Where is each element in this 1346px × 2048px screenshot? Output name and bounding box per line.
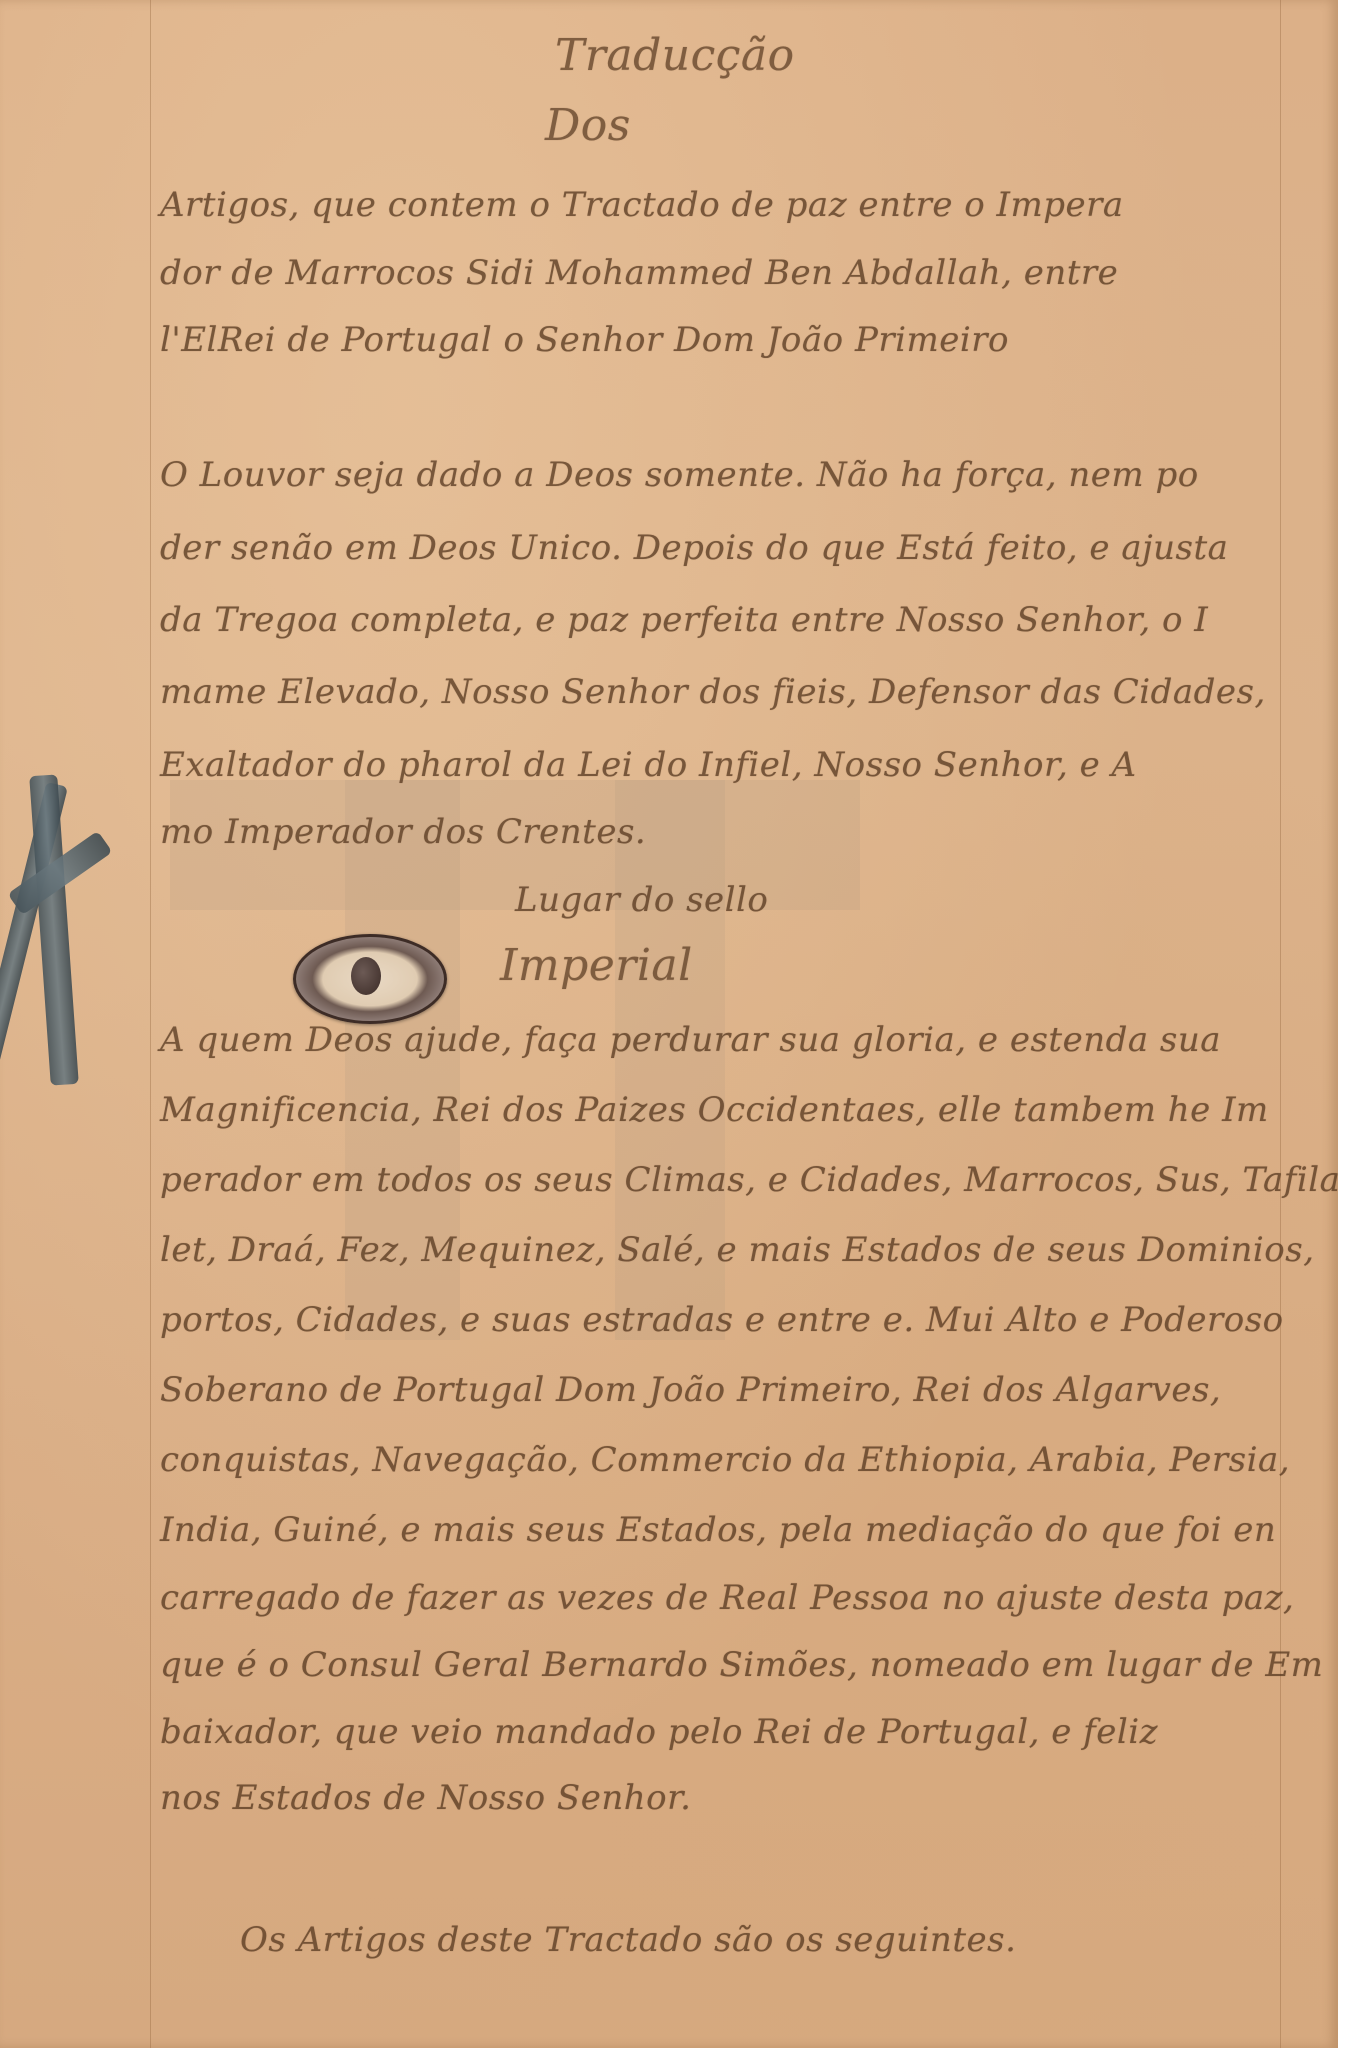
ribbon-strand-2 bbox=[29, 774, 79, 1085]
intro-line: dor de Marrocos Sidi Mohammed Ben Abdall… bbox=[160, 253, 1118, 293]
paragraph-2-line: India, Guiné, e mais seus Estados, pela … bbox=[160, 1510, 1276, 1550]
left-margin-rule bbox=[150, 0, 151, 2048]
paragraph-2-line: baixador, que veio mandado pelo Rei de P… bbox=[160, 1712, 1158, 1752]
paragraph-2-line: Magnificencia, Rei dos Paizes Occidentae… bbox=[160, 1090, 1269, 1130]
manuscript-page: Traducção Dos Artigos, que contem o Trac… bbox=[0, 0, 1338, 2048]
closing-line: Os Artigos deste Tractado são os seguint… bbox=[240, 1920, 1016, 1960]
seal-caption-lugar: Lugar do sello bbox=[515, 880, 768, 920]
seal-caption-imperial: Imperial bbox=[500, 940, 693, 991]
title-dos: Dos bbox=[545, 100, 631, 151]
imperial-seal bbox=[293, 934, 447, 1024]
paragraph-2-line: portos, Cidades, e suas estradas e entre… bbox=[160, 1300, 1284, 1340]
title-traducao: Traducção bbox=[555, 30, 795, 81]
intro-line: Artigos, que contem o Tractado de paz en… bbox=[160, 185, 1124, 225]
intro-line: l'ElRei de Portugal o Senhor Dom João Pr… bbox=[160, 320, 1009, 360]
paragraph-1-line: der senão em Deos Unico. Depois do que E… bbox=[160, 528, 1228, 568]
paragraph-2-line: let, Draá, Fez, Mequinez, Salé, e mais E… bbox=[160, 1230, 1315, 1270]
paragraph-2-line: carregado de fazer as vezes de Real Pess… bbox=[160, 1578, 1294, 1618]
paragraph-1-line: O Louvor seja dado a Deos somente. Não h… bbox=[160, 455, 1199, 495]
seal-center bbox=[351, 957, 381, 995]
paragraph-2-line: Soberano de Portugal Dom João Primeiro, … bbox=[160, 1370, 1221, 1410]
paragraph-2-line: A quem Deos ajude, faça perdurar sua glo… bbox=[160, 1020, 1221, 1060]
paragraph-1-line: mame Elevado, Nosso Senhor dos fieis, De… bbox=[160, 672, 1266, 712]
paragraph-1-line: mo Imperador dos Crentes. bbox=[160, 812, 646, 852]
paragraph-2-line: que é o Consul Geral Bernardo Simões, no… bbox=[160, 1645, 1323, 1685]
paragraph-2-line: conquistas, Navegação, Commercio da Ethi… bbox=[160, 1440, 1290, 1480]
right-margin-rule bbox=[1280, 0, 1281, 2048]
paragraph-2-line: perador em todos os seus Climas, e Cidad… bbox=[160, 1160, 1340, 1200]
paragraph-1-line: da Tregoa completa, e paz perfeita entre… bbox=[160, 600, 1208, 640]
paragraph-2-line: nos Estados de Nosso Senhor. bbox=[160, 1778, 691, 1818]
paragraph-1-line: Exaltador do pharol da Lei do Infiel, No… bbox=[160, 745, 1137, 785]
